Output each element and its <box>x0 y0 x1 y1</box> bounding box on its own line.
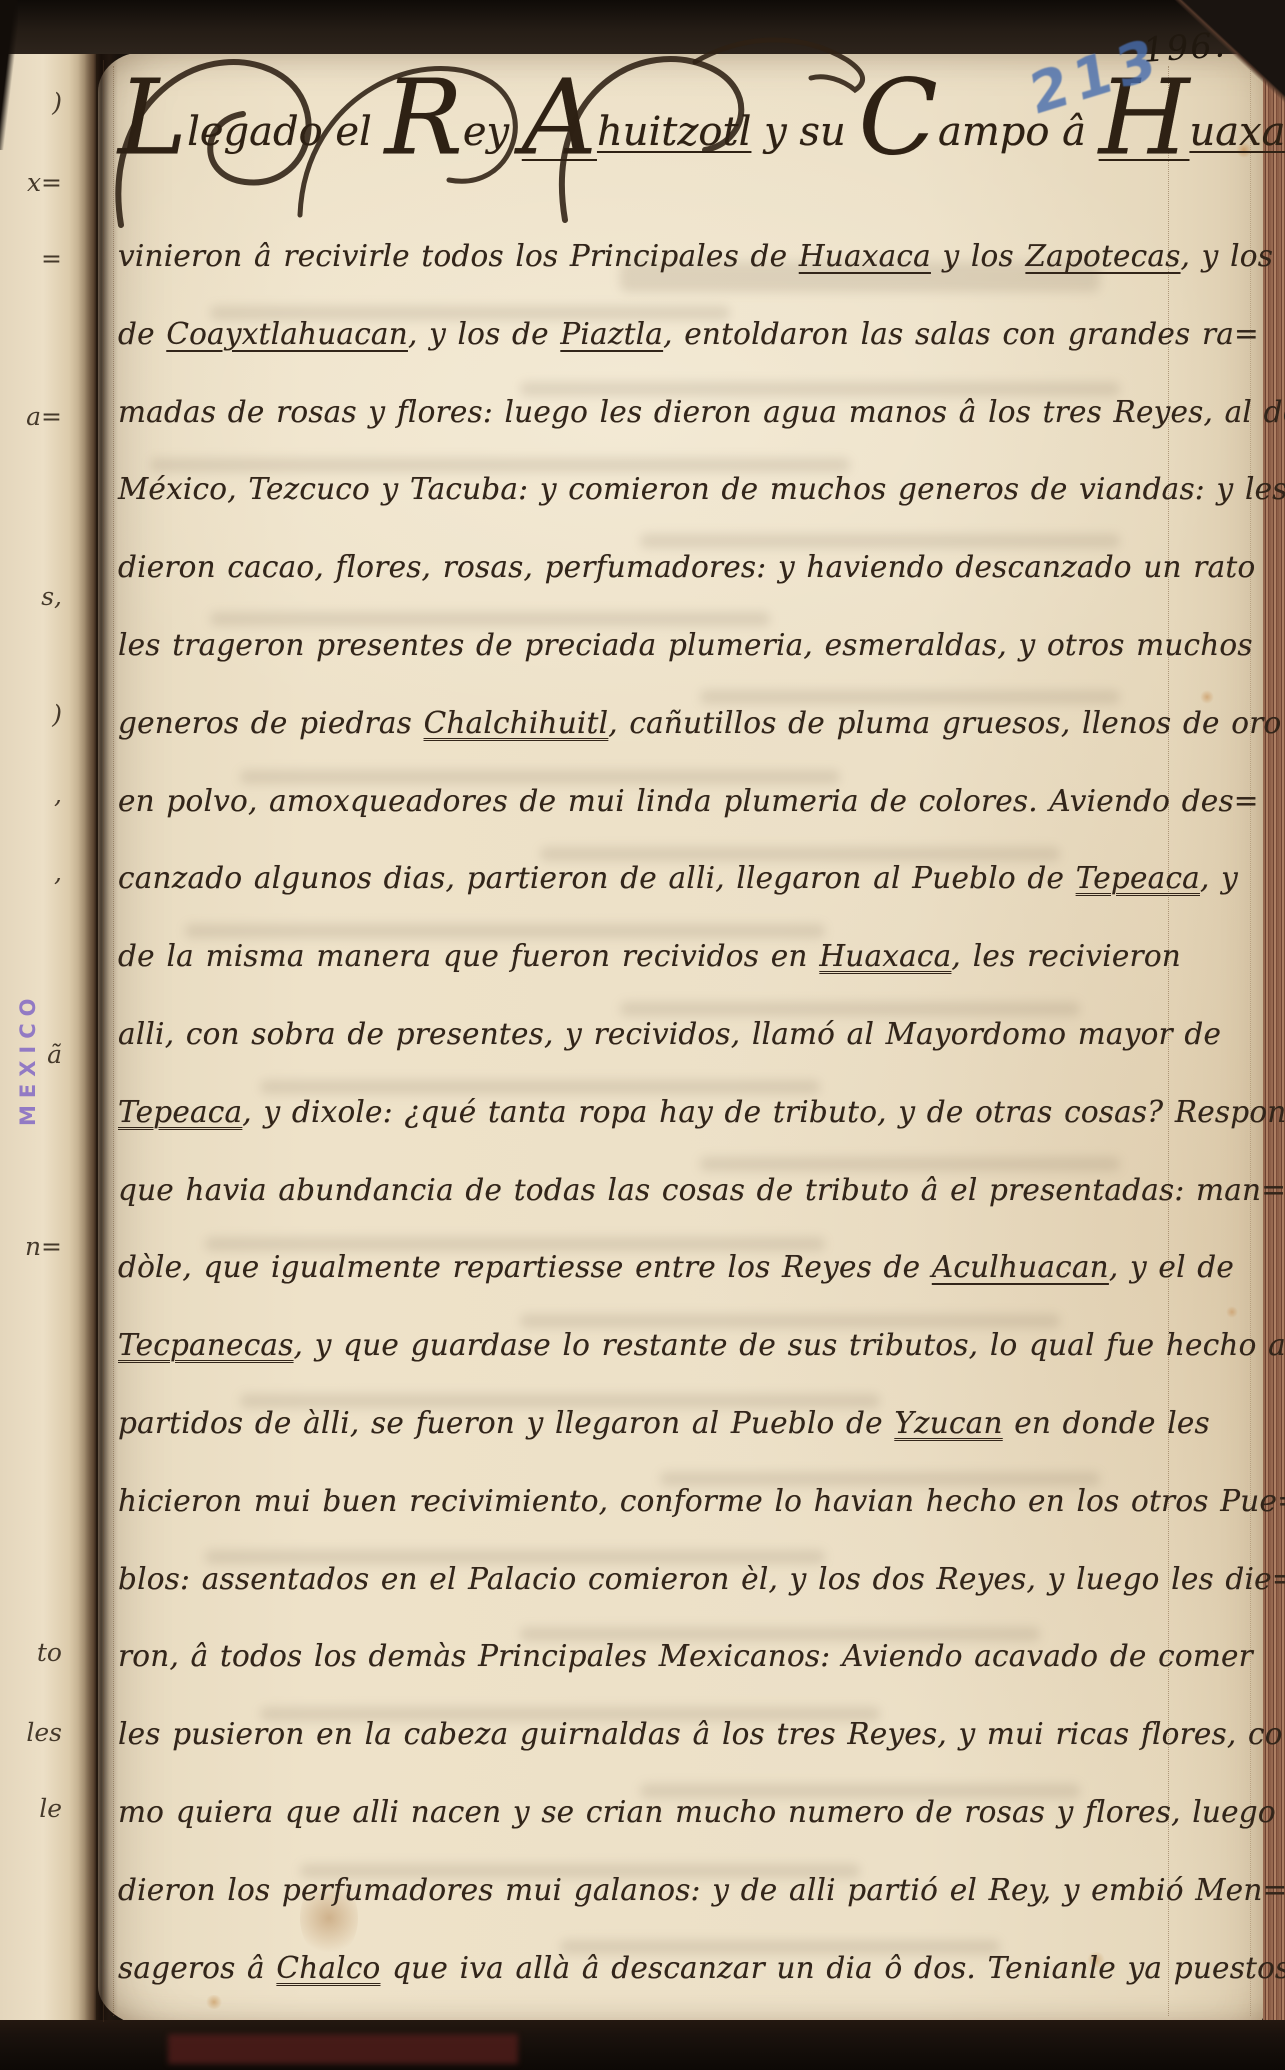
underlined-place-name: Tecpanecas <box>118 1328 294 1362</box>
manuscript-text: , y que guardase lo restante de sus trib… <box>294 1328 1285 1362</box>
manuscript-text: sageros â <box>118 1951 276 1985</box>
archive-stamp: MEXICO <box>16 856 40 1126</box>
manuscript-scan: { "page": { "folio_number": "196.", "blu… <box>0 0 1285 2070</box>
manuscript-text: y su <box>751 109 858 155</box>
manuscript-line: madas de rosas y flores: luego les diero… <box>118 382 1181 442</box>
manuscript-text: dòle, que igualmente repartiesse entre l… <box>118 1250 932 1284</box>
underlined-place-name: Tepeaca <box>118 1095 242 1129</box>
manuscript-line: que havia abundancia de todas las cosas … <box>118 1160 1181 1220</box>
manuscript-text: generos de piedras <box>118 706 424 740</box>
manuscript-line: partidos de àlli, se fueron y llegaron a… <box>118 1393 1181 1453</box>
manuscript-text: , les recivieron <box>951 939 1181 973</box>
manuscript-text: en donde les <box>1003 1406 1210 1440</box>
underlined-place-name: Yzucan <box>894 1406 1002 1440</box>
manuscript-line: de la misma manera que fueron recividos … <box>118 926 1181 986</box>
manuscript-line: les trageron presentes de preciada plume… <box>118 615 1181 675</box>
manuscript-text: de la misma manera que fueron recividos … <box>118 939 819 973</box>
facing-page-text-fragment: le <box>4 1794 62 1823</box>
manuscript-text: partidos de àlli, se fueron y llegaron a… <box>118 1406 894 1440</box>
manuscript-line: blos: assentados en el Palacio comieron … <box>118 1549 1181 1609</box>
manuscript-text: , y dixole: ¿qué tanta ropa hay de tribu… <box>242 1095 1285 1129</box>
manuscript-heading: Llegado el Rey Ahuitzotl y su Campo â Hu… <box>118 52 1181 212</box>
manuscript-line: mo quiera que alli nacen y se crian much… <box>118 1782 1181 1842</box>
manuscript-line: dòle, que igualmente repartiesse entre l… <box>118 1237 1181 1297</box>
flourished-capital: R <box>385 56 463 178</box>
manuscript-text: , y <box>1200 861 1238 895</box>
facing-page-text-fragment: to <box>4 1638 62 1667</box>
flourished-capital: A <box>522 56 597 178</box>
manuscript-line: Tecpanecas, y que guardase lo restante d… <box>118 1315 1181 1375</box>
manuscript-line: dieron cacao, flores, rosas, perfumadore… <box>118 537 1181 597</box>
manuscript-line: vinieron â recivirle todos los Principal… <box>118 226 1181 286</box>
manuscript-line: sageros â Chalco que iva allà â descanza… <box>118 1938 1181 1998</box>
manuscript-line: México, Tezcuco y Tacuba: y comieron de … <box>118 459 1181 519</box>
manuscript-text: vinieron â recivirle todos los Principal… <box>118 239 799 273</box>
manuscript-line: dieron los perfumadores mui galanos: y d… <box>118 1860 1181 1920</box>
manuscript-text: blos: assentados en el Palacio comieron … <box>118 1562 1285 1596</box>
manuscript-text: canzado algunos dias, partieron de alli,… <box>118 861 1076 895</box>
manuscript-line: ron, â todos los demàs Principales Mexic… <box>118 1626 1181 1686</box>
facing-page-text-fragment: n= <box>4 1232 62 1261</box>
facing-page-text-fragment: les <box>4 1718 62 1747</box>
manuscript-text: de <box>118 317 166 351</box>
manuscript-text: , cañutillos de pluma gruesos, llenos de… <box>608 706 1281 740</box>
manuscript-text: les pusieron en la cabeza guirnaldas â l… <box>118 1717 1285 1751</box>
manuscript-text: legado el <box>187 109 385 155</box>
manuscript-line: Tepeaca, y dixole: ¿qué tanta ropa hay d… <box>118 1082 1181 1142</box>
underlined-place-name: Coayxtlahuacan <box>166 317 408 351</box>
manuscript-text: , y los de <box>408 317 560 351</box>
flourished-capital: L <box>118 56 187 178</box>
manuscript-text: dieron cacao, flores, rosas, perfumadore… <box>118 550 1255 584</box>
manuscript-text-layer: Llegado el Rey Ahuitzotl y su Campo â Hu… <box>0 0 1285 2070</box>
underlined-place-name: uaxaca <box>1189 109 1285 155</box>
facing-page-text-fragment: = <box>4 244 62 273</box>
underlined-place-name: Chalco <box>276 1951 380 1985</box>
underlined-place-name: Tepeaca <box>1076 861 1200 895</box>
manuscript-text: , y el de <box>1109 1250 1234 1284</box>
manuscript-text: ron, â todos los demàs Principales Mexic… <box>118 1639 1253 1673</box>
facing-page-text-fragment: s, <box>4 582 62 611</box>
facing-page-text-fragment: ) <box>4 700 62 729</box>
underlined-place-name: Zapotecas <box>1025 239 1180 273</box>
facing-page-text-fragment: ) <box>4 88 62 117</box>
underlined-place-name: Chalchihuitl <box>424 706 609 740</box>
manuscript-text: México, Tezcuco y Tacuba: y comieron de … <box>118 472 1285 506</box>
manuscript-line: les pusieron en la cabeza guirnaldas â l… <box>118 1704 1181 1764</box>
manuscript-text: , entoldaron las salas con grandes ra= <box>663 317 1259 351</box>
underlined-place-name: Piaztla <box>560 317 663 351</box>
manuscript-line: en polvo, amoxqueadores de mui linda plu… <box>118 771 1181 831</box>
manuscript-text: en polvo, amoxqueadores de mui linda plu… <box>118 784 1259 818</box>
facing-page-text-fragment: , <box>4 780 62 809</box>
underlined-place-name: Aculhuacan <box>932 1250 1109 1284</box>
manuscript-text: ey <box>463 109 522 155</box>
underlined-place-name: Huaxaca <box>819 939 951 973</box>
underlined-place-name: Huaxaca <box>799 239 931 273</box>
manuscript-line: generos de piedras Chalchihuitl, cañutil… <box>118 693 1181 753</box>
manuscript-text: que havia abundancia de todas las cosas … <box>118 1173 1285 1207</box>
manuscript-text: hicieron mui buen recivimiento, conforme… <box>118 1484 1285 1518</box>
manuscript-line: alli, con sobra de presentes, y recivido… <box>118 1004 1181 1064</box>
manuscript-text: les trageron presentes de preciada plume… <box>118 628 1253 662</box>
manuscript-text: dieron los perfumadores mui galanos: y d… <box>118 1873 1285 1907</box>
facing-page-text-fragment: x= <box>4 168 62 197</box>
manuscript-line: de Coayxtlahuacan, y los de Piaztla, ent… <box>118 304 1181 364</box>
manuscript-text: y los <box>931 239 1026 273</box>
facing-page-text-fragment: a= <box>4 402 62 431</box>
underlined-place-name: huitzotl <box>597 109 751 155</box>
manuscript-line: hicieron mui buen recivimiento, conforme… <box>118 1471 1181 1531</box>
manuscript-text: que iva allà â descanzar un dia ô dos. T… <box>381 1951 1285 1985</box>
manuscript-line: canzado algunos dias, partieron de alli,… <box>118 848 1181 908</box>
manuscript-text: alli, con sobra de presentes, y recivido… <box>118 1017 1221 1051</box>
flourished-capital: C <box>858 56 938 178</box>
manuscript-text: mo quiera que alli nacen y se crian much… <box>118 1795 1285 1829</box>
manuscript-text: , y los <box>1181 239 1274 273</box>
manuscript-text: madas de rosas y flores: luego les diero… <box>118 395 1285 429</box>
